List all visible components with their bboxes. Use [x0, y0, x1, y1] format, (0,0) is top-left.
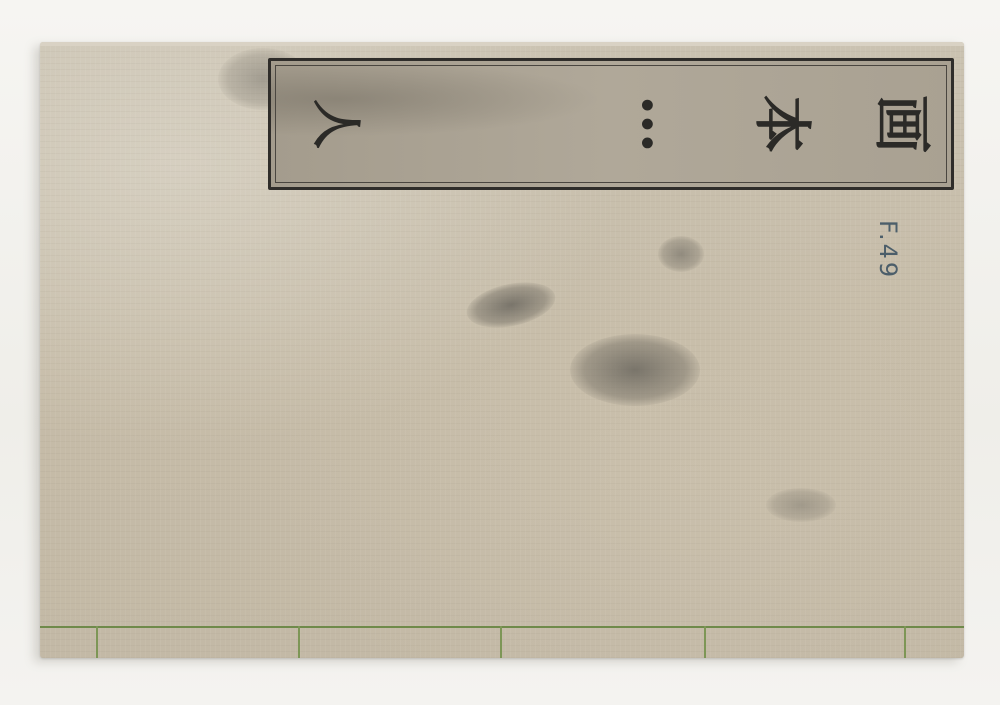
cover-stain: [766, 488, 836, 522]
binding-thread: [40, 626, 964, 628]
book-cover: 画 本 … 人 F.49: [40, 42, 964, 658]
inventory-mark: F.49: [874, 220, 902, 280]
binding-stitch: [96, 626, 98, 658]
title-glyph: 本: [753, 95, 811, 153]
cover-stain: [570, 334, 700, 406]
binding-stitch: [704, 626, 706, 658]
cover-stain: [463, 275, 560, 335]
binding-stitch: [904, 626, 906, 658]
title-glyph: 画: [873, 95, 931, 153]
cover-top-edge: [40, 42, 964, 46]
cover-stain: [658, 236, 704, 272]
title-glyph: …: [634, 95, 692, 153]
binding-stitch: [500, 626, 502, 658]
title-glyph: 人: [311, 99, 361, 149]
title-slip-text: 画 本 … 人: [311, 61, 931, 187]
title-slip: 画 本 … 人: [268, 58, 954, 190]
binding-stitch: [298, 626, 300, 658]
